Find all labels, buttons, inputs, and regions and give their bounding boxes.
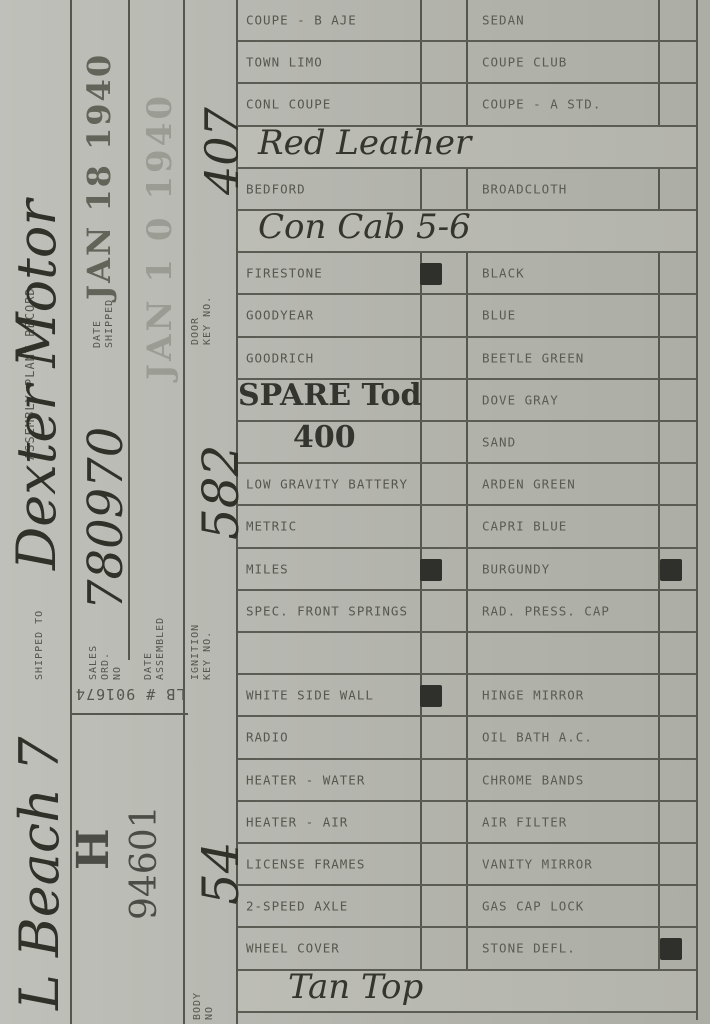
option-label: COUPE - A STD.: [482, 97, 601, 112]
option-label: HEATER - WATER: [246, 772, 365, 787]
option-label: DOVE GRAY: [482, 392, 559, 407]
sales-order-value: 780970: [78, 427, 134, 610]
option-label: LOW GRAVITY BATTERY: [246, 477, 408, 492]
option-label: HEATER - AIR: [246, 814, 348, 829]
table-row: GOODYEARBLUE: [238, 295, 696, 337]
serial-number: 94601: [124, 805, 165, 920]
shipped-to-label: SHIPPED TO: [34, 610, 46, 680]
checkbox-left[interactable]: [420, 559, 442, 581]
date-assembled-stamp: JAN 1 0 1940: [140, 93, 180, 380]
handwritten-note: Con Cab 5-6: [258, 207, 471, 247]
option-label: WHEEL COVER: [246, 941, 340, 956]
table-row: FIRESTONEBLACK: [238, 253, 696, 295]
option-label: WHITE SIDE WALL: [246, 688, 374, 703]
dealer-location: L Beach 7: [8, 737, 71, 1010]
option-label: BROADCLOTH: [482, 181, 567, 196]
checkbox-right[interactable]: [660, 938, 682, 960]
divider: [70, 713, 188, 715]
option-label: CAPRI BLUE: [482, 519, 567, 534]
table-row: MILESBURGUNDY: [238, 549, 696, 591]
table-row: BEDFORDBROADCLOTH: [238, 169, 696, 211]
handwritten-note: SPARE Tod: [238, 378, 421, 413]
options-grid: COUPE - B AJESEDANTOWN LIMOCOUPE CLUBCON…: [238, 0, 698, 1024]
table-row: GOODRICHBEETLE GREEN: [238, 338, 696, 380]
table-row: METRICCAPRI BLUE: [238, 506, 696, 548]
option-label: OIL BATH A.C.: [482, 730, 593, 745]
table-row: SPARE TodDOVE GRAY: [238, 380, 696, 422]
table-row: LOW GRAVITY BATTERYARDEN GREEN: [238, 464, 696, 506]
series-letter: H: [68, 828, 119, 870]
option-label: GOODYEAR: [246, 308, 314, 323]
option-label: ARDEN GREEN: [482, 477, 576, 492]
option-label: TOWN LIMO: [246, 55, 323, 70]
option-label: GOODRICH: [246, 350, 314, 365]
option-label: BURGUNDY: [482, 561, 550, 576]
option-label: CONL COUPE: [246, 97, 331, 112]
lb-number: LB # 901674: [75, 688, 185, 700]
divider: [696, 0, 698, 1020]
table-row: WHEEL COVERSTONE DEFL.: [238, 928, 696, 970]
handwritten-note: Red Leather: [258, 123, 471, 163]
table-row: SPEC. FRONT SPRINGSRAD. PRESS. CAP: [238, 591, 696, 633]
option-label: BLUE: [482, 308, 516, 323]
handwritten-note: 400: [293, 420, 356, 455]
option-label: RADIO: [246, 730, 289, 745]
table-row: 400SAND: [238, 422, 696, 464]
option-label: VANITY MIRROR: [482, 857, 593, 872]
plant-record-card: ASSEMBLY PLANT RECORD DATE SHIPPED JAN 1…: [0, 0, 710, 1024]
option-label: BEETLE GREEN: [482, 350, 584, 365]
table-row: Con Cab 5-6: [238, 211, 696, 253]
option-label: HINGE MIRROR: [482, 688, 584, 703]
table-row: CONL COUPECOUPE - A STD.: [238, 84, 696, 126]
option-label: GAS CAP LOCK: [482, 899, 584, 914]
checkbox-left[interactable]: [420, 685, 442, 707]
handwritten-note: Tan Top: [288, 967, 423, 1007]
checkbox-right[interactable]: [660, 559, 682, 581]
table-row: Red Leather: [238, 127, 696, 169]
option-label: STONE DEFL.: [482, 941, 576, 956]
table-row: RADIOOIL BATH A.C.: [238, 717, 696, 759]
table-row: LICENSE FRAMESVANITY MIRROR: [238, 844, 696, 886]
table-row: TOWN LIMOCOUPE CLUB: [238, 42, 696, 84]
table-row: WHITE SIDE WALLHINGE MIRROR: [238, 675, 696, 717]
date-shipped-value: JAN 18 1940: [80, 53, 118, 300]
option-label: AIR FILTER: [482, 814, 567, 829]
option-label: SAND: [482, 435, 516, 450]
door-key-label: DOOR KEY NO.: [190, 295, 214, 345]
date-assembled-label: DATE ASSEMBLED: [143, 620, 167, 680]
sales-order-label: SALES ORD. NO: [88, 640, 124, 680]
checkbox-left[interactable]: [420, 263, 442, 285]
shipped-to-value: Dexter Motor: [5, 200, 68, 570]
table-row: HEATER - WATERCHROME BANDS: [238, 760, 696, 802]
table-row: 2-SPEED AXLEGAS CAP LOCK: [238, 886, 696, 928]
option-label: RAD. PRESS. CAP: [482, 603, 610, 618]
table-row: COUPE - B AJESEDAN: [238, 0, 696, 42]
option-label: CHROME BANDS: [482, 772, 584, 787]
option-label: LICENSE FRAMES: [246, 857, 365, 872]
option-label: SEDAN: [482, 13, 525, 28]
divider: [183, 0, 185, 1024]
option-label: COUPE CLUB: [482, 55, 567, 70]
option-label: MILES: [246, 561, 289, 576]
option-label: 2-SPEED AXLE: [246, 899, 348, 914]
table-row: [238, 633, 696, 675]
body-number-label: BODY NO: [192, 984, 216, 1020]
ignition-key-label: IGNITION KEY NO.: [190, 620, 214, 680]
option-label: FIRESTONE: [246, 266, 323, 281]
option-label: BEDFORD: [246, 181, 306, 196]
option-label: COUPE - B AJE: [246, 13, 357, 28]
table-row: HEATER - AIRAIR FILTER: [238, 802, 696, 844]
option-label: METRIC: [246, 519, 297, 534]
table-row: Tan Top: [238, 971, 696, 1013]
option-label: SPEC. FRONT SPRINGS: [246, 603, 408, 618]
option-label: BLACK: [482, 266, 525, 281]
